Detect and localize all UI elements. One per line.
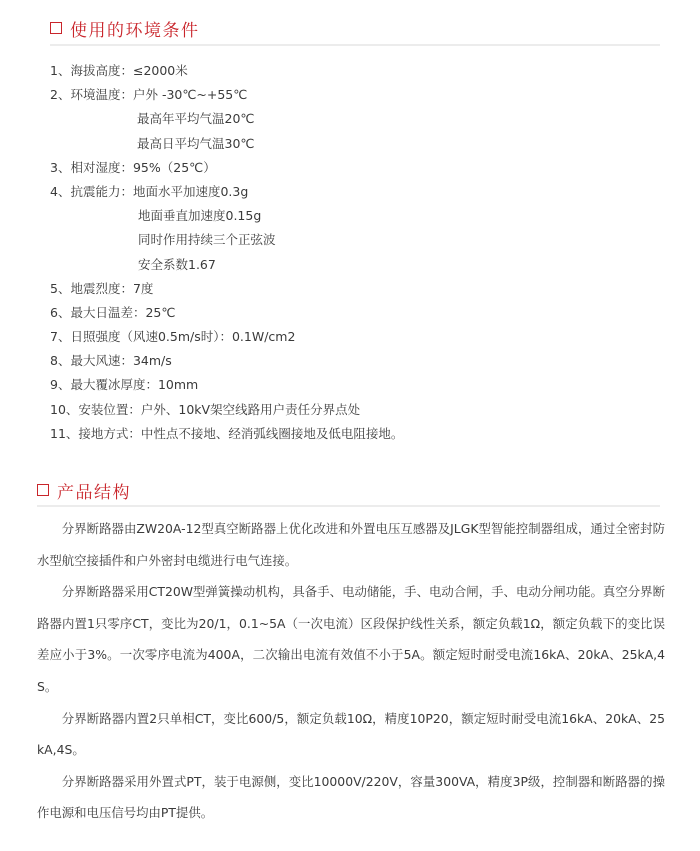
condition-label: 5、地震烈度： (50, 277, 133, 301)
condition-value: 7度 (133, 277, 153, 301)
condition-value: 95%（25℃） (133, 156, 216, 180)
condition-label: 4、抗震能力： (50, 180, 133, 204)
condition-value: 34m/s (133, 349, 172, 373)
paragraph: 分界断路器由ZW20A-12型真空断路器上优化改进和外置电压互感器及JLGK型智… (37, 513, 665, 576)
condition-extra: 最高日平均气温30℃ (50, 132, 403, 156)
square-bullet-icon (37, 484, 49, 496)
section-header-structure: 产品结构 (37, 477, 131, 503)
list-item: 8、最大风速： 34m/s (50, 349, 403, 373)
list-item: 7、日照强度（风速0.5m/s时）： 0.1W/cm2 (50, 325, 403, 349)
condition-label: 1、海拔高度： (50, 59, 133, 83)
condition-label: 7、日照强度（风速0.5m/s时）： (50, 325, 232, 349)
section-title: 产品结构 (57, 478, 131, 503)
list-item: 6、最大日温差： 25℃ (50, 301, 403, 325)
condition-value: 中性点不接地、经消弧线圈接地及低电阻接地。 (141, 422, 404, 446)
condition-extra: 最高年平均气温20℃ (50, 107, 403, 131)
condition-extra: 同时作用持续三个正弦波 (50, 228, 403, 252)
section-divider (37, 505, 660, 507)
section-title: 使用的环境条件 (70, 16, 200, 41)
list-item: 2、环境温度： 户外 -30℃~+55℃ (50, 83, 403, 107)
condition-label: 8、最大风速： (50, 349, 133, 373)
structure-description: 分界断路器由ZW20A-12型真空断路器上优化改进和外置电压互感器及JLGK型智… (37, 513, 665, 829)
condition-value: 地面水平加速度0.3g (133, 180, 248, 204)
condition-extra: 安全系数1.67 (50, 253, 403, 277)
list-item: 11、接地方式： 中性点不接地、经消弧线圈接地及低电阻接地。 (50, 422, 403, 446)
list-item: 9、最大覆冰厚度： 10mm (50, 373, 403, 397)
condition-label: 6、最大日温差： (50, 301, 145, 325)
condition-label: 11、接地方式： (50, 422, 141, 446)
list-item: 3、相对湿度： 95%（25℃） (50, 156, 403, 180)
condition-label: 2、环境温度： (50, 83, 133, 107)
list-item: 4、抗震能力： 地面水平加速度0.3g (50, 180, 403, 204)
list-item: 10、安装位置： 户外、10kV架空线路用户责任分界点处 (50, 398, 403, 422)
condition-label: 9、最大覆冰厚度： (50, 373, 158, 397)
condition-value: ≤2000米 (133, 59, 188, 83)
environment-conditions-list: 1、海拔高度： ≤2000米 2、环境温度： 户外 -30℃~+55℃ 最高年平… (50, 59, 403, 446)
condition-value: 10mm (158, 373, 198, 397)
list-item: 5、地震烈度： 7度 (50, 277, 403, 301)
condition-value: 户外 -30℃~+55℃ (133, 83, 247, 107)
paragraph: 分界断路器采用外置式PT，装于电源侧，变比10000V/220V，容量300VA… (37, 766, 665, 829)
square-bullet-icon (50, 22, 62, 34)
condition-value: 户外、10kV架空线路用户责任分界点处 (141, 398, 360, 422)
section-divider (50, 44, 660, 46)
paragraph: 分界断路器采用CT20W型弹簧操动机构，具备手、电动储能，手、电动合闸，手、电动… (37, 576, 665, 702)
condition-label: 10、安装位置： (50, 398, 141, 422)
condition-extra: 地面垂直加速度0.15g (50, 204, 403, 228)
section-header-environment: 使用的环境条件 (50, 15, 200, 41)
condition-value: 0.1W/cm2 (232, 325, 295, 349)
condition-value: 25℃ (145, 301, 175, 325)
list-item: 1、海拔高度： ≤2000米 (50, 59, 403, 83)
paragraph: 分界断路器内置2只单相CT，变比600/5，额定负载10Ω，精度10P20，额定… (37, 703, 665, 766)
condition-label: 3、相对湿度： (50, 156, 133, 180)
